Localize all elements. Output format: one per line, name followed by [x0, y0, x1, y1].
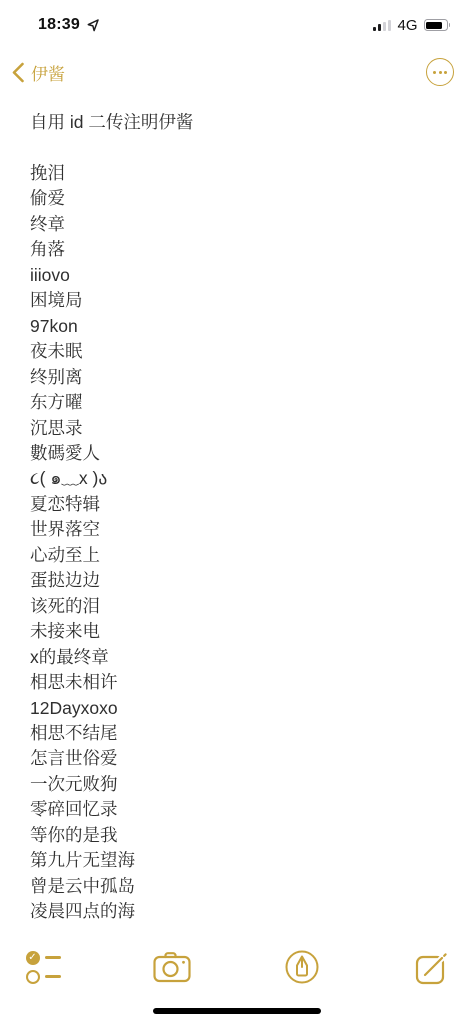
checklist-button[interactable]: ✓	[22, 946, 64, 988]
note-line: ૮( ๑﹏x )ა	[30, 466, 454, 491]
note-line: x的最终章	[30, 645, 454, 670]
note-line: 该死的泪	[30, 594, 454, 619]
note-line: 终章	[30, 212, 454, 237]
compose-button[interactable]	[410, 946, 452, 988]
note-line: 相思不结尾	[30, 721, 454, 746]
note-line: 夜未眠	[30, 339, 454, 364]
note-line: 蛋挞边边	[30, 568, 454, 593]
compose-icon	[411, 947, 451, 987]
markup-button[interactable]	[281, 946, 323, 988]
note-line: 零碎回忆录	[30, 797, 454, 822]
network-type-label: 4G	[397, 17, 417, 34]
nav-bar: 伊酱	[0, 44, 474, 100]
ellipsis-icon	[433, 71, 436, 74]
note-line: 一次元败狗	[30, 772, 454, 797]
note-line: 终别离	[30, 365, 454, 390]
note-line: 曾是云中孤岛	[30, 874, 454, 899]
battery-icon	[424, 19, 451, 31]
status-bar: 18:39 4G	[0, 0, 474, 44]
note-line: 怎言世俗爱	[30, 746, 454, 771]
markup-icon	[283, 948, 321, 986]
note-line: 困境局	[30, 288, 454, 313]
note-line: 第九片无望海	[30, 848, 454, 873]
cellular-signal-icon	[373, 20, 391, 31]
camera-button[interactable]	[151, 946, 193, 988]
back-button[interactable]: 伊酱	[12, 60, 65, 85]
note-line: 等你的是我	[30, 823, 454, 848]
note-line: 數碼愛人	[30, 441, 454, 466]
more-options-button[interactable]	[426, 58, 454, 86]
note-line: iiiovo	[30, 263, 454, 288]
note-line: 97kon	[30, 314, 454, 339]
note-line: 角落	[30, 237, 454, 262]
note-line: 未接来电	[30, 619, 454, 644]
location-arrow-icon	[86, 18, 100, 32]
note-line: 东方曜	[30, 390, 454, 415]
note-body[interactable]: 自用 id 二传注明伊酱 挽泪 偷爱 终章 角落 iiiovo 困境局 97ko…	[30, 110, 454, 925]
note-line: 偷爱	[30, 186, 454, 211]
clock: 18:39	[38, 16, 80, 34]
note-line: 沉思录	[30, 416, 454, 441]
home-indicator[interactable]	[153, 1008, 321, 1014]
note-title: 自用 id 二传注明伊酱	[30, 110, 454, 136]
note-line: 12Dayxoxo	[30, 696, 454, 721]
note-lines: 挽泪 偷爱 终章 角落 iiiovo 困境局 97kon 夜未眠 终别离 东方曜…	[30, 161, 454, 925]
note-line: 凌晨四点的海	[30, 899, 454, 924]
note-line: 心动至上	[30, 543, 454, 568]
note-line: 相思未相许	[30, 670, 454, 695]
camera-icon	[152, 950, 192, 984]
back-button-label: 伊酱	[31, 60, 65, 85]
note-line: 夏恋特辑	[30, 492, 454, 517]
checklist-icon: ✓	[26, 951, 61, 984]
note-line: 挽泪	[30, 161, 454, 186]
chevron-left-icon	[12, 62, 24, 83]
bottom-toolbar: ✓	[0, 938, 474, 996]
note-line: 世界落空	[30, 517, 454, 542]
